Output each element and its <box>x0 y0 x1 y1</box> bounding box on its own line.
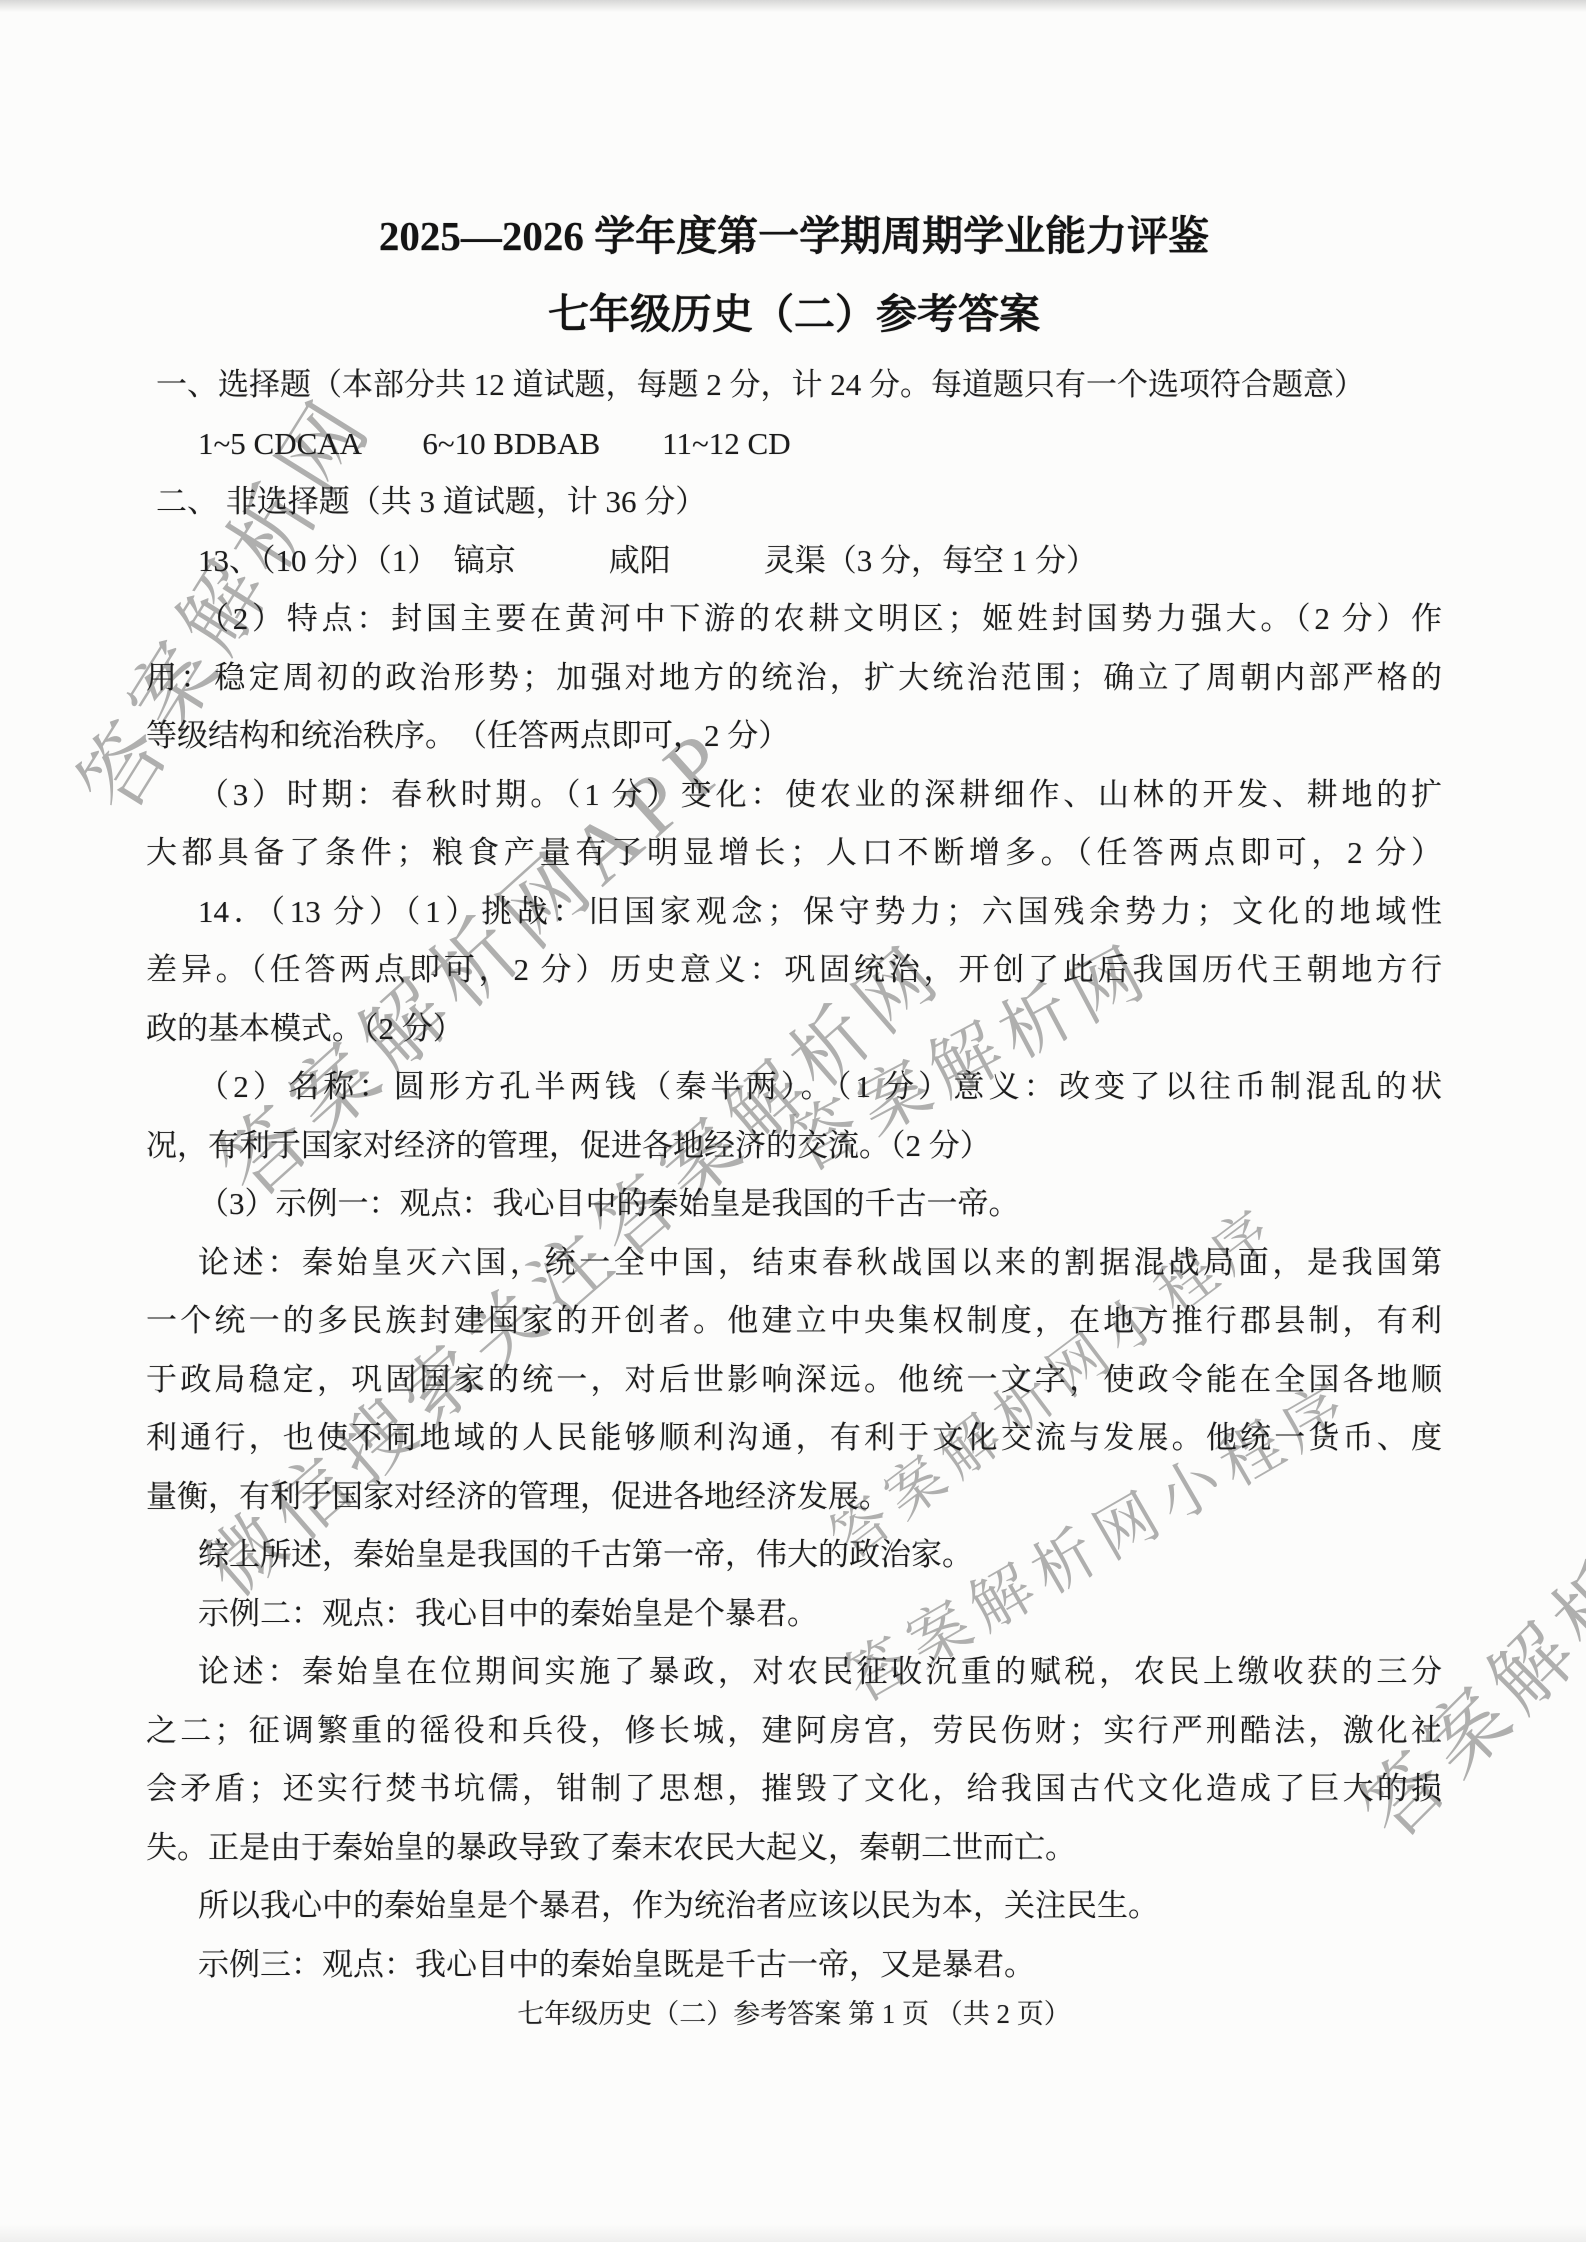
page-footer: 七年级历史（二）参考答案 第 1 页 （共 2 页） <box>146 1992 1442 2031</box>
q14-part2-line: 况，有利于国家对经济的管理，促进各地经济的交流。（2 分） <box>146 1117 1442 1176</box>
document-title: 2025—2026 学年度第一学期周期学业能力评鉴 <box>146 203 1442 262</box>
q14-essay-line: 于政局稳定，巩固国家的统一，对后世影响深远。他统一文字，使政令能在全国各地顺 <box>146 1351 1442 1410</box>
q14-essay-line: 失。正是由于秦始皇的暴政导致了秦末农民大起义，秦朝二世而亡。 <box>146 1819 1442 1878</box>
q14-part3-example2-view: 示例二：观点：我心目中的秦始皇是个暴君。 <box>146 1585 1442 1644</box>
q14-essay-line: 之二；征调繁重的徭役和兵役，修长城，建阿房宫，劳民伤财；实行严刑酷法，激化社 <box>146 1702 1442 1761</box>
answer-body: 一、选择题（本部分共 12 道试题，每题 2 分，计 24 分。每道题只有一个选… <box>146 356 1442 1994</box>
q14-essay-line: 一个统一的多民族封建国家的开创者。他建立中央集权制度，在地方推行郡县制，有利 <box>146 1292 1442 1351</box>
q13-part3-line: （3）时期：春秋时期。（1 分）变化：使农业的深耕细作、山林的开发、耕地的扩 <box>146 766 1442 825</box>
document-content: 2025—2026 学年度第一学期周期学业能力评鉴 七年级历史（二）参考答案 一… <box>0 0 1586 2242</box>
q13-part2-line: 等级结构和统治秩序。 （任答两点即可，2 分） <box>146 707 1442 766</box>
q14-essay-conclusion: 所以我心中的秦始皇是个暴君，作为统治者应该以民为本，关注民生。 <box>146 1877 1442 1936</box>
q14-essay-line: 论述：秦始皇灭六国，统一全中国，结束春秋战国以来的割据混战局面，是我国第 <box>146 1234 1442 1293</box>
section-two-heading: 二、 非选择题（共 3 道试题，计 36 分） <box>146 473 1442 532</box>
q14-part1-line: 14．（13 分）（1）挑战：旧国家观念；保守势力；六国残余势力；文化的地域性 <box>146 883 1442 942</box>
q14-essay-line: 会矛盾；还实行焚书坑儒，钳制了思想，摧毁了文化，给我国古代文化造成了巨大的损 <box>146 1760 1442 1819</box>
q13-part2-line: （2）特点：封国主要在黄河中下游的农耕文明区；姬姓封国势力强大。（2 分）作 <box>146 590 1442 649</box>
q14-part3-example1-view: （3）示例一：观点：我心目中的秦始皇是我国的千古一帝。 <box>146 1175 1442 1234</box>
q14-essay-conclusion: 综上所述，秦始皇是我国的千古第一帝，伟大的政治家。 <box>146 1526 1442 1585</box>
section-one-heading: 一、选择题（本部分共 12 道试题，每题 2 分，计 24 分。每道题只有一个选… <box>146 356 1442 415</box>
q14-part1-line: 差异。（任答两点即可，2 分）历史意义：巩固统治，开创了此后我国历代王朝地方行 <box>146 941 1442 1000</box>
q14-part2-line: （2）名称：圆形方孔半两钱（秦半两）。（1 分）意义：改变了以往币制混乱的状 <box>146 1058 1442 1117</box>
q14-essay-line: 利通行，也使不同地域的人民能够顺利沟通，有利于文化交流与发展。他统一货币、度 <box>146 1409 1442 1468</box>
q13-part2-line: 用：稳定周初的政治形势；加强对地方的统治，扩大统治范围；确立了周朝内部严格的 <box>146 649 1442 708</box>
document-subtitle: 七年级历史（二）参考答案 <box>146 281 1442 340</box>
multiple-choice-answers: 1~5 CDCAA 6~10 BDBAB 11~12 CD <box>146 415 1442 474</box>
q13-part3-line: 大都具备了条件；粮食产量有了明显增长；人口不断增多。（任答两点即可，2 分） <box>146 824 1442 883</box>
q14-essay-line: 量衡，有利于国家对经济的管理，促进各地经济发展。 <box>146 1468 1442 1527</box>
q14-part3-example3-view: 示例三：观点：我心目中的秦始皇既是千古一帝，又是暴君。 <box>146 1936 1442 1995</box>
q14-essay-line: 论述：秦始皇在位期间实施了暴政，对农民征收沉重的赋税，农民上缴收获的三分 <box>146 1643 1442 1702</box>
q14-part1-line: 政的基本模式。（2 分） <box>146 1000 1442 1059</box>
q13-fill-blank-answers: 13、（10 分）（1） 镐京 咸阳 灵渠（3 分，每空 1 分） <box>146 532 1442 591</box>
scanned-answer-sheet: 答案解析网 答案解析网APP 答案解析网 微信搜索关注答案解析网 答案解析网小程… <box>0 0 1586 2242</box>
